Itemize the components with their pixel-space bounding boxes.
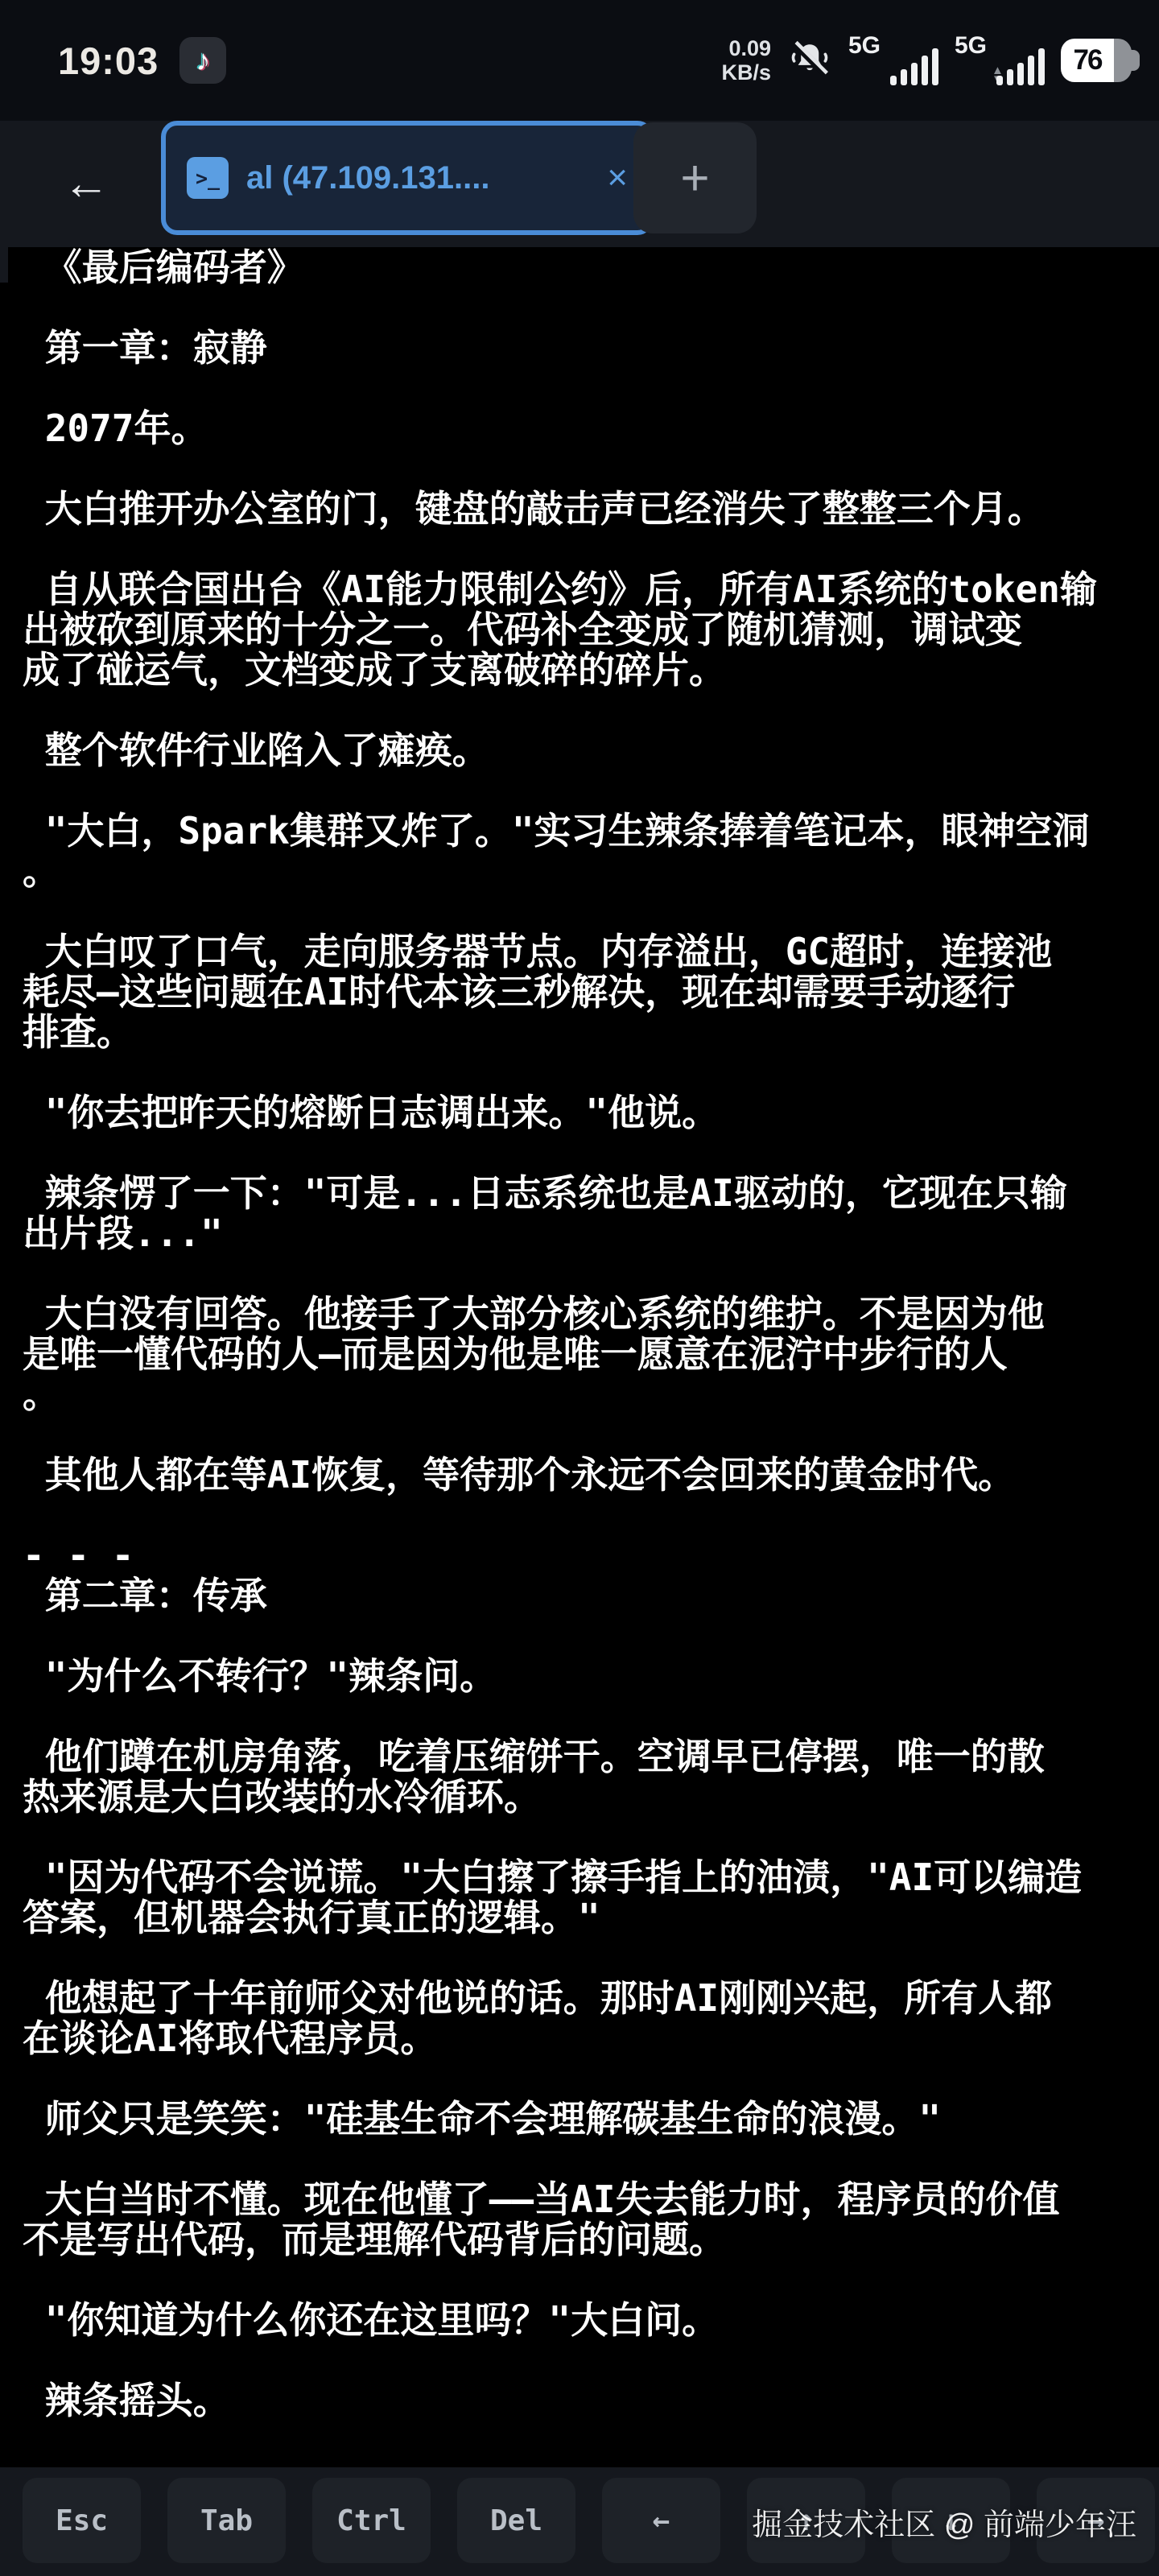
network-speed-unit: KB/s <box>721 60 771 85</box>
terminal-line <box>23 1696 1159 1736</box>
esc-key[interactable]: Esc <box>23 2478 141 2563</box>
mute-bell-slash-icon <box>787 38 832 83</box>
battery-body: 76 <box>1061 39 1132 82</box>
sim1-signal: 5G <box>848 34 938 87</box>
terminal-line <box>23 448 1159 489</box>
terminal-line: 他们蹲在机房角落，吃着压缩饼干。空调早已停摆，唯一的散 <box>23 1736 1159 1777</box>
terminal-line: 《最后编码者》 <box>23 247 1159 287</box>
close-tab-icon[interactable]: × <box>607 158 628 198</box>
status-icons: 0.09 KB/s 5G 5G ▲▼ <box>721 34 1141 87</box>
terminal-line <box>23 368 1159 408</box>
sim2-5g-label: 5G <box>955 32 987 60</box>
terminal-line: 答案，但机器会执行真正的逻辑。" <box>23 1897 1159 1938</box>
terminal-line: 第一章：寂静 <box>23 328 1159 368</box>
session-tab-title: al (47.109.131.... <box>246 160 596 196</box>
terminal-icon: >_ <box>187 157 229 199</box>
terminal-line: 师父只是笑笑："硅基生命不会理解碳基生命的浪漫。" <box>23 2099 1159 2139</box>
terminal-line <box>23 2340 1159 2380</box>
terminal-line <box>23 1616 1159 1656</box>
terminal-line: 出被砍到原来的十分之一。代码补全变成了随机猜测，调试变 <box>23 609 1159 650</box>
terminal-line <box>23 1938 1159 1978</box>
music-note-icon: ♪ <box>196 43 210 77</box>
sim2-signal: 5G ▲▼ <box>955 34 1045 87</box>
back-button[interactable]: ← <box>50 147 122 219</box>
terminal-line <box>23 2260 1159 2300</box>
terminal-line: 出片段..." <box>23 1213 1159 1253</box>
sim1-signal-bars-icon <box>890 48 938 85</box>
terminal-line <box>23 2058 1159 2099</box>
status-bar: 19:03 ♪ 0.09 KB/s 5G 5G <box>0 0 1159 121</box>
battery-percent: 76 <box>1061 44 1114 76</box>
battery-indicator: 76 <box>1061 39 1141 82</box>
terminal-line: "你知道为什么你还在这里吗？"大白问。 <box>23 2300 1159 2340</box>
battery-nub <box>1130 50 1140 71</box>
tab-key[interactable]: Tab <box>167 2478 286 2563</box>
terminal-output[interactable]: 《最后编码者》 第一章：寂静 2077年。 大白推开办公室的门，键盘的敲击声已经… <box>0 247 1159 2467</box>
terminal-line: 辣条摇头。 <box>23 2380 1159 2421</box>
terminal-line: 自从联合国出台《AI能力限制公约》后，所有AI系统的token输 <box>23 569 1159 609</box>
terminal-line: 热来源是大白改装的水冷循环。 <box>23 1777 1159 1817</box>
arrow-left-key[interactable]: ← <box>602 2478 720 2563</box>
terminal-line: 。 <box>23 851 1159 891</box>
terminal-line: 排查。 <box>23 1012 1159 1052</box>
session-tab-active[interactable]: >_ al (47.109.131.... × <box>161 121 654 235</box>
terminal-line <box>23 529 1159 569</box>
terminal-line <box>23 287 1159 328</box>
ctrl-key[interactable]: Ctrl <box>312 2478 431 2563</box>
sim2-signal-bars-icon <box>996 48 1045 85</box>
terminal-line: 大白叹了口气，走向服务器节点。内存溢出，GC超时，连接池 <box>23 931 1159 972</box>
terminal-line <box>23 1052 1159 1092</box>
terminal-line: "因为代码不会说谎。"大白擦了擦手指上的油渍，"AI可以编造 <box>23 1857 1159 1897</box>
terminal-line <box>23 2139 1159 2179</box>
terminal-line <box>23 690 1159 730</box>
terminal-line: 2077年。 <box>23 408 1159 448</box>
terminal-line <box>23 1495 1159 1535</box>
terminal-line <box>23 891 1159 931</box>
terminal-line: 他想起了十年前师父对他说的话。那时AI刚刚兴起，所有人都 <box>23 1978 1159 2018</box>
watermark-text: 掘金技术社区 @ 前端少年汪 <box>752 2507 1136 2544</box>
left-edge-strip <box>0 247 8 283</box>
terminal-line: - - - <box>23 1535 1159 1575</box>
terminal-line <box>23 1133 1159 1173</box>
terminal-line: 整个软件行业陷入了瘫痪。 <box>23 730 1159 770</box>
new-tab-button[interactable]: + <box>633 122 757 233</box>
network-speed-value: 0.09 <box>721 36 771 60</box>
terminal-line <box>23 770 1159 811</box>
terminal-line <box>23 1817 1159 1857</box>
terminal-tab-bar: ← >_ al (47.109.131.... × + <box>0 121 1159 247</box>
terminal-line: 辣条愣了一下："可是...日志系统也是AI驱动的，它现在只输 <box>23 1173 1159 1213</box>
terminal-line <box>23 1414 1159 1455</box>
terminal-line: 大白没有回答。他接手了大部分核心系统的维护。不是因为他 <box>23 1294 1159 1334</box>
terminal-line: "你去把昨天的熔断日志调出来。"他说。 <box>23 1092 1159 1133</box>
terminal-line: 。 <box>23 1374 1159 1414</box>
terminal-line: 第二章：传承 <box>23 1575 1159 1616</box>
network-speed: 0.09 KB/s <box>721 36 771 85</box>
clock: 19:03 <box>58 39 159 83</box>
terminal-line: "为什么不转行？"辣条问。 <box>23 1656 1159 1696</box>
terminal-line: 大白推开办公室的门，键盘的敲击声已经消失了整整三个月。 <box>23 489 1159 529</box>
terminal-line: 不是写出代码，而是理解代码背后的问题。 <box>23 2219 1159 2260</box>
terminal-line: 成了碰运气，文档变成了支离破碎的碎片。 <box>23 650 1159 690</box>
terminal-line: 在谈论AI将取代程序员。 <box>23 2018 1159 2058</box>
terminal-line <box>23 1253 1159 1294</box>
del-key[interactable]: Del <box>457 2478 575 2563</box>
terminal-line: 是唯一懂代码的人—而是因为他是唯一愿意在泥泞中步行的人 <box>23 1334 1159 1374</box>
terminal-line: 耗尽—这些问题在AI时代本该三秒解决，现在却需要手动逐行 <box>23 972 1159 1012</box>
terminal-line: 其他人都在等AI恢复，等待那个永远不会回来的黄金时代。 <box>23 1455 1159 1495</box>
sim1-5g-label: 5G <box>848 32 881 60</box>
tiktok-notification-icon: ♪ <box>179 37 226 84</box>
terminal-line: "大白，Spark集群又炸了。"实习生辣条捧着笔记本，眼神空洞 <box>23 811 1159 851</box>
terminal-line: 大白当时不懂。现在他懂了——当AI失去能力时，程序员的价值 <box>23 2179 1159 2219</box>
